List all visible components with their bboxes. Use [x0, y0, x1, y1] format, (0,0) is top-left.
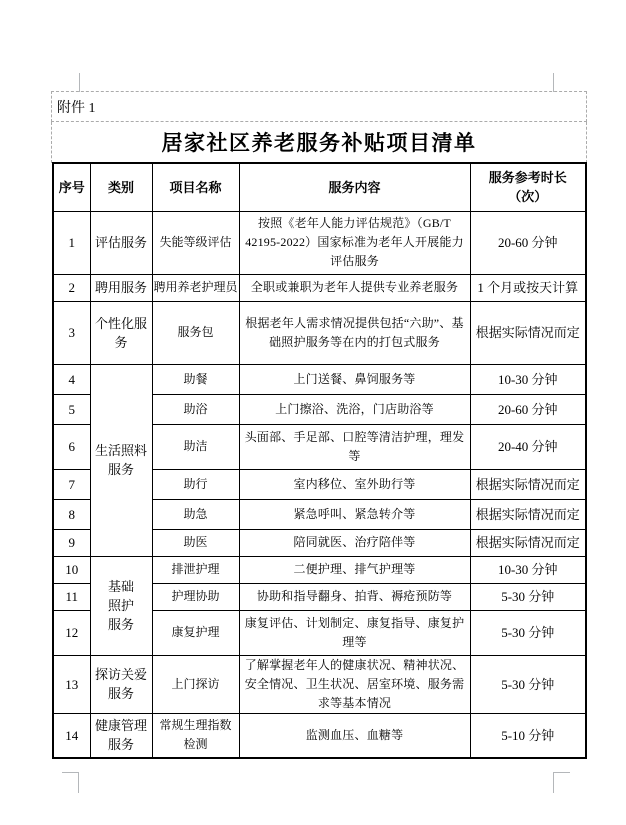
cell-no: 7 — [53, 469, 90, 499]
cell-project: 聘用养老护理员 — [152, 274, 239, 301]
cell-content: 室内移位、室外助行等 — [239, 469, 470, 499]
header-project: 项目名称 — [152, 163, 239, 211]
cell-duration: 根据实际情况而定 — [470, 301, 586, 364]
table-row: 14 健康管理服务 常规生理指数 检测 监测血压、血糖等 5-10 分钟 — [53, 713, 586, 758]
cell-duration: 10-30 分钟 — [470, 556, 586, 583]
cell-project: 助浴 — [152, 394, 239, 424]
cell-content: 了解掌握老年人的健康状况、精神状况、安全情况、卫生状况、居室环境、服务需求等基本… — [239, 655, 470, 713]
cell-content: 紧急呼叫、紧急转介等 — [239, 499, 470, 529]
cell-category: 聘用服务 — [90, 274, 152, 301]
page-title: 居家社区养老服务补贴项目清单 — [51, 122, 587, 163]
cell-no: 4 — [53, 364, 90, 394]
header-category: 类别 — [90, 163, 152, 211]
cell-duration: 5-30 分钟 — [470, 610, 586, 655]
corner-mark-bottom-left-icon — [62, 772, 79, 793]
cell-project: 助急 — [152, 499, 239, 529]
cell-no: 11 — [53, 583, 90, 610]
table-row: 4 生活照料服务 助餐 上门送餐、鼻饲服务等 10-30 分钟 — [53, 364, 586, 394]
table-row: 3 个性化服务 服务包 根据老年人需求情况提供包括“六助”、基础照护服务等在内的… — [53, 301, 586, 364]
service-table: 序号 类别 项目名称 服务内容 服务参考时长 （次） 1 评估服务 失能等级评估… — [52, 162, 587, 759]
cell-project: 排泄护理 — [152, 556, 239, 583]
cell-duration: 根据实际情况而定 — [470, 499, 586, 529]
cell-duration: 5-30 分钟 — [470, 583, 586, 610]
corner-mark-top-left-icon — [79, 73, 80, 92]
header-content: 服务内容 — [239, 163, 470, 211]
service-table-container: 序号 类别 项目名称 服务内容 服务参考时长 （次） 1 评估服务 失能等级评估… — [52, 162, 587, 759]
cell-category: 个性化服务 — [90, 301, 152, 364]
cell-category: 生活照料服务 — [90, 364, 152, 556]
cell-duration: 根据实际情况而定 — [470, 529, 586, 556]
cell-content: 头面部、手足部、口腔等清洁护理，理发等 — [239, 424, 470, 469]
table-row: 2 聘用服务 聘用养老护理员 全职或兼职为老年人提供专业养老服务 1 个月或按天… — [53, 274, 586, 301]
cell-no: 13 — [53, 655, 90, 713]
corner-mark-bottom-right-icon — [553, 772, 570, 793]
cell-no: 5 — [53, 394, 90, 424]
text-boundary: 附件 1 居家社区养老服务补贴项目清单 — [51, 91, 587, 163]
cell-duration: 20-60 分钟 — [470, 211, 586, 274]
cell-no: 6 — [53, 424, 90, 469]
header-no: 序号 — [53, 163, 90, 211]
cell-content: 按照《老年人能力评估规范》（GB/T 42195-2022）国家标准为老年人开展… — [239, 211, 470, 274]
table-row: 10 基础 照护 服务 排泄护理 二便护理、排气护理等 10-30 分钟 — [53, 556, 586, 583]
cell-project: 助行 — [152, 469, 239, 499]
cell-content: 上门送餐、鼻饲服务等 — [239, 364, 470, 394]
cell-duration: 5-30 分钟 — [470, 655, 586, 713]
cell-project: 上门探访 — [152, 655, 239, 713]
cell-content: 上门擦浴、洗浴，门店助浴等 — [239, 394, 470, 424]
cell-category: 探访关爱服务 — [90, 655, 152, 713]
cell-no: 10 — [53, 556, 90, 583]
cell-no: 8 — [53, 499, 90, 529]
cell-content: 全职或兼职为老年人提供专业养老服务 — [239, 274, 470, 301]
cell-project: 失能等级评估 — [152, 211, 239, 274]
cell-content: 康复评估、计划制定、康复指导、康复护理等 — [239, 610, 470, 655]
cell-project: 助餐 — [152, 364, 239, 394]
cell-no: 3 — [53, 301, 90, 364]
cell-content: 二便护理、排气护理等 — [239, 556, 470, 583]
cell-content: 监测血压、血糖等 — [239, 713, 470, 758]
cell-duration: 根据实际情况而定 — [470, 469, 586, 499]
cell-project: 护理协助 — [152, 583, 239, 610]
attachment-label: 附件 1 — [51, 91, 587, 122]
cell-duration: 5-10 分钟 — [470, 713, 586, 758]
cell-project: 服务包 — [152, 301, 239, 364]
table-header-row: 序号 类别 项目名称 服务内容 服务参考时长 （次） — [53, 163, 586, 211]
cell-no: 9 — [53, 529, 90, 556]
table-row: 13 探访关爱服务 上门探访 了解掌握老年人的健康状况、精神状况、安全情况、卫生… — [53, 655, 586, 713]
cell-project: 助医 — [152, 529, 239, 556]
cell-content: 协助和指导翻身、拍背、褥疮预防等 — [239, 583, 470, 610]
cell-duration: 20-40 分钟 — [470, 424, 586, 469]
cell-duration: 10-30 分钟 — [470, 364, 586, 394]
cell-no: 2 — [53, 274, 90, 301]
cell-project: 常规生理指数 检测 — [152, 713, 239, 758]
cell-category: 评估服务 — [90, 211, 152, 274]
cell-category: 基础 照护 服务 — [90, 556, 152, 655]
cell-content: 陪同就医、治疗陪伴等 — [239, 529, 470, 556]
cell-content: 根据老年人需求情况提供包括“六助”、基础照护服务等在内的打包式服务 — [239, 301, 470, 364]
cell-no: 12 — [53, 610, 90, 655]
cell-project: 康复护理 — [152, 610, 239, 655]
corner-mark-top-right-icon — [553, 73, 554, 92]
document-page: 附件 1 居家社区养老服务补贴项目清单 序号 类别 项目名称 服务内容 服务参考… — [0, 0, 626, 825]
cell-no: 14 — [53, 713, 90, 758]
cell-project: 助洁 — [152, 424, 239, 469]
cell-category: 健康管理服务 — [90, 713, 152, 758]
cell-duration: 1 个月或按天计算 — [470, 274, 586, 301]
header-duration: 服务参考时长 （次） — [470, 163, 586, 211]
cell-duration: 20-60 分钟 — [470, 394, 586, 424]
cell-no: 1 — [53, 211, 90, 274]
table-row: 1 评估服务 失能等级评估 按照《老年人能力评估规范》（GB/T 42195-2… — [53, 211, 586, 274]
